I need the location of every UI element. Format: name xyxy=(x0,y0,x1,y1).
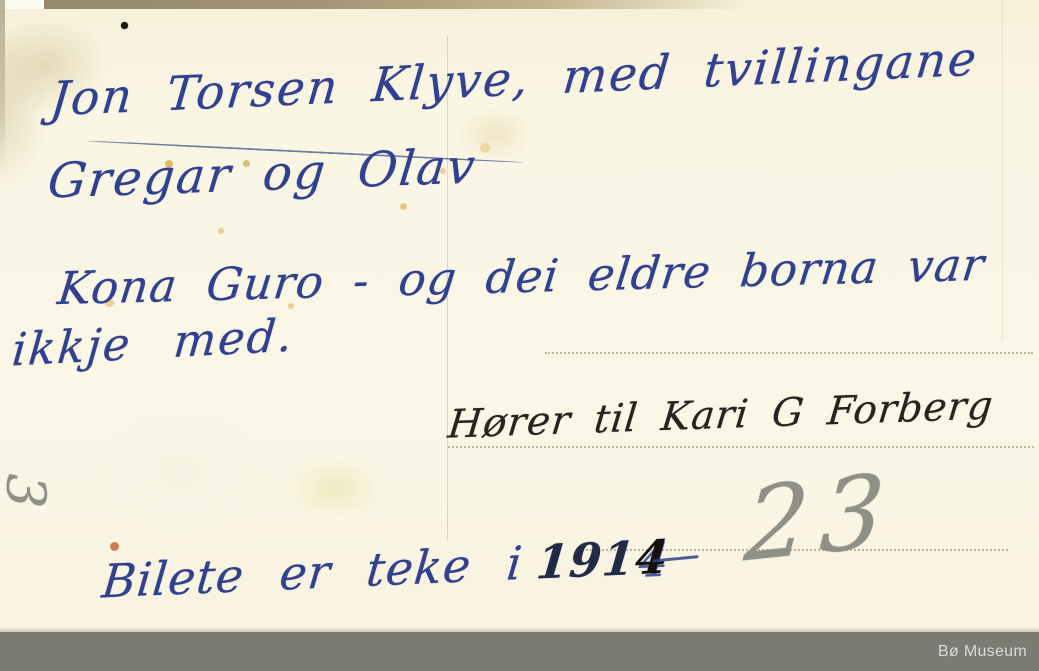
paper-left-edge xyxy=(0,0,5,175)
stain-freckle xyxy=(480,143,490,153)
stain-freckle xyxy=(218,228,224,234)
pencil-margin-mark: 3 xyxy=(0,473,53,509)
museum-caption: Bø Museum xyxy=(938,643,1027,661)
paper-top-edge-notch xyxy=(0,0,44,9)
handwritten-line-twins: Gregar og Olav xyxy=(46,142,479,205)
ink-blot xyxy=(121,22,128,29)
date-year-last-digit: 44 xyxy=(633,534,670,582)
handwritten-line-family-2: ikkje med. xyxy=(10,312,296,372)
stain-freckle xyxy=(110,542,119,551)
caption-bar: Bø Museum xyxy=(0,632,1039,671)
ruled-dotted-line-2 xyxy=(448,446,1034,448)
stain-freckle xyxy=(400,203,407,210)
pencil-archive-number: 23 xyxy=(742,459,900,576)
paper-top-edge xyxy=(0,0,1039,9)
vertical-crease-right xyxy=(1002,0,1003,340)
scanned-photo-back: Jon Torsen Klyve, med tvillingane Gregar… xyxy=(0,0,1039,671)
date-year-digits: 191 xyxy=(534,531,638,590)
ruled-dotted-line-1 xyxy=(545,352,1033,354)
